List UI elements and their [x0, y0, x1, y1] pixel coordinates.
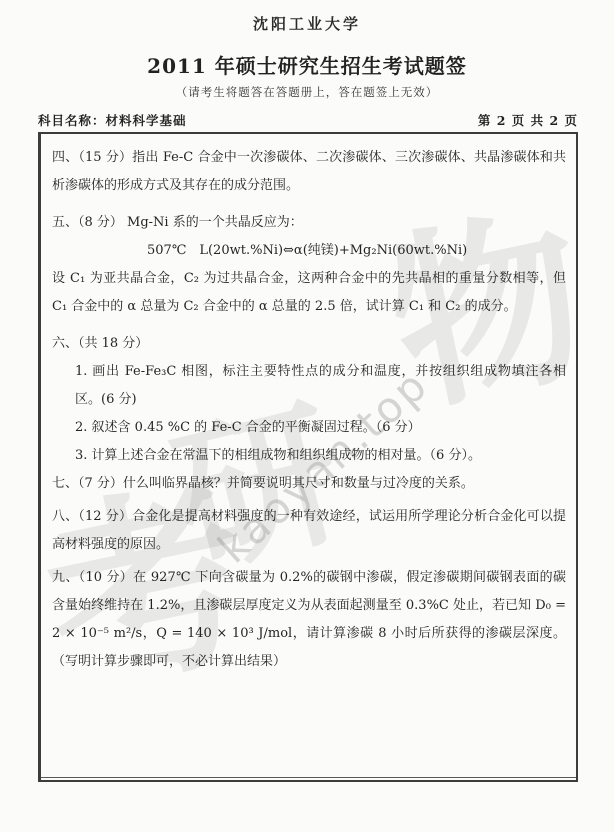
exam-title: 2011 年硕士研究生招生考试题签 [0, 50, 614, 79]
question-8: 八、（12 分）合金化是提高材料强度的一种有效途经，试运用所学理论分析合金化可以… [52, 503, 566, 559]
page-number: 第 2 页 共 2 页 [478, 111, 578, 129]
exam-paper-page: 物 研 考 kaoyan.top 沈阳工业大学 2011 年硕士研究生招生考试题… [0, 0, 614, 832]
subject-row: 科目名称：材料科学基础 第 2 页 共 2 页 [38, 111, 578, 129]
question-5-eutectic-equation: 507℃ L(20wt.%Ni)⇔α(纯镁)+Mg₂Ni(60wt.%Ni) [147, 237, 566, 265]
question-6-item-3: 3. 计算上述合金在常温下的相组成物和组织组成物的相对量。（6 分）。 [75, 442, 566, 470]
question-6-head: 六、（共 18 分） [52, 330, 566, 358]
question-6-item-2: 2. 叙述含 0.45 %C 的 Fe-C 合金的平衡凝固过程。（6 分） [75, 414, 566, 442]
question-7: 七、（7 分）什么叫临界晶核？并简要说明其尺寸和数量与过冷度的关系。 [52, 470, 566, 498]
question-5-followup: 设 C₁ 为亚共晶合金，C₂ 为过共晶合金，这两种合金中的先共晶相的重量分数相等… [52, 265, 566, 321]
subject-name: 科目名称：材料科学基础 [38, 111, 187, 129]
question-box: 四、（15 分）指出 Fe-C 合金中一次渗碳体、二次渗碳体、三次渗碳体、共晶渗… [38, 132, 578, 782]
university-name: 沈阳工业大学 [0, 13, 614, 34]
question-4: 四、（15 分）指出 Fe-C 合金中一次渗碳体、二次渗碳体、三次渗碳体、共晶渗… [52, 144, 566, 200]
question-6-item-1: 1. 画出 Fe-Fe₃C 相图，标注主要特性点的成分和温度，并按组织组成物填注… [75, 358, 566, 414]
question-5-lead: 五、（8 分） Mg-Ni 系的一个共晶反应为： [52, 209, 566, 237]
exam-note: （请考生将题答在答题册上，答在题签上无效） [0, 84, 614, 100]
question-9: 九、（10 分）在 927℃ 下向含碳量为 0.2%的碳钢中渗碳，假定渗碳期间碳… [52, 564, 566, 676]
